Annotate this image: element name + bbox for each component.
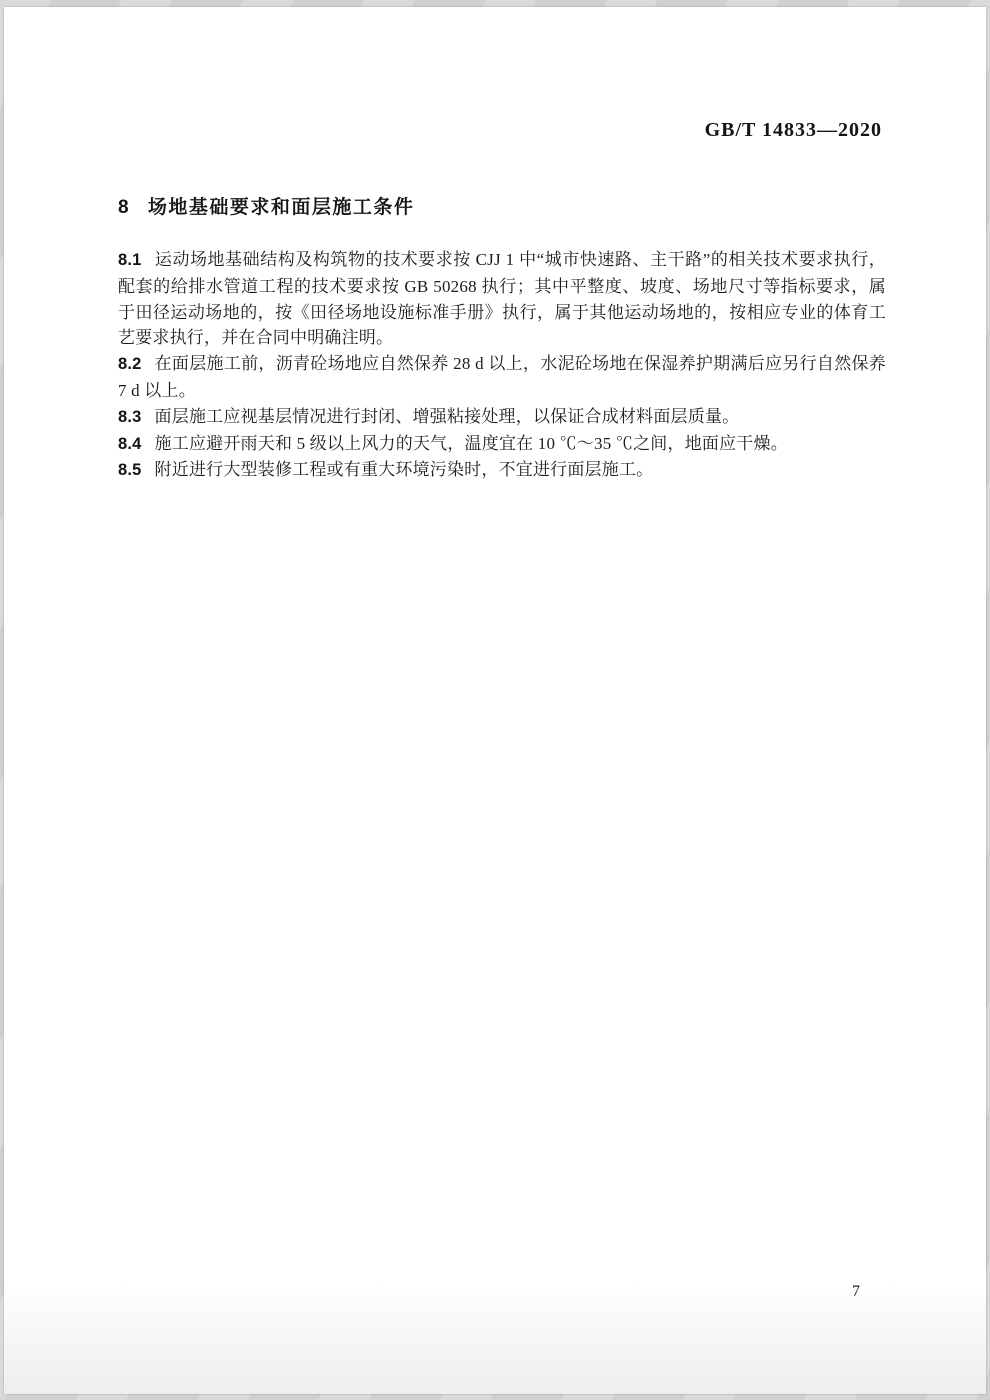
clause-8-2: 8.2在面层施工前，沥青砼场地应自然保养 28 d 以上，水泥砼场地在保湿养护期… [118,351,886,404]
clause-number: 8.3 [118,405,142,431]
doc-header: GB/T 14833—2020 [705,119,882,142]
section-number: 8 [118,197,129,219]
clause-text: 施工应避开雨天和 5 级以上风力的天气，温度宜在 10 ℃～35 ℃之间，地面应… [155,434,788,453]
clause-number: 8.2 [118,352,142,378]
clause-list: 8.1运动场地基础结构及构筑物的技术要求按 CJJ 1 中“城市快速路、主干路”… [118,247,886,484]
clause-text: 运动场地基础结构及构筑物的技术要求按 CJJ 1 中“城市快速路、主干路”的相关… [118,250,886,347]
clause-number: 8.5 [118,458,142,484]
document-page: GB/T 14833—2020 8 场地基础要求和面层施工条件 8.1运动场地基… [4,7,986,1394]
clause-number: 8.1 [118,248,142,274]
clause-8-1: 8.1运动场地基础结构及构筑物的技术要求按 CJJ 1 中“城市快速路、主干路”… [118,247,886,351]
page-number: 7 [852,1283,860,1301]
scan-background: GB/T 14833—2020 8 场地基础要求和面层施工条件 8.1运动场地基… [0,0,990,1400]
clause-text: 在面层施工前，沥青砼场地应自然保养 28 d 以上，水泥砼场地在保湿养护期满后应… [118,354,886,400]
clause-text: 附近进行大型装修工程或有重大环境污染时，不宜进行面层施工。 [155,460,654,479]
clause-number: 8.4 [118,432,142,458]
clause-8-4: 8.4施工应避开雨天和 5 级以上风力的天气，温度宜在 10 ℃～35 ℃之间，… [118,431,886,458]
clause-8-3: 8.3面层施工应视基层情况进行封闭、增强粘接处理，以保证合成材料面层质量。 [118,404,886,431]
clause-8-5: 8.5附近进行大型装修工程或有重大环境污染时，不宜进行面层施工。 [118,457,886,484]
section-heading: 8 场地基础要求和面层施工条件 [118,192,414,219]
clause-text: 面层施工应视基层情况进行封闭、增强粘接处理，以保证合成材料面层质量。 [155,407,740,426]
section-title: 场地基础要求和面层施工条件 [148,197,415,218]
standard-number: GB/T 14833—2020 [705,119,882,141]
